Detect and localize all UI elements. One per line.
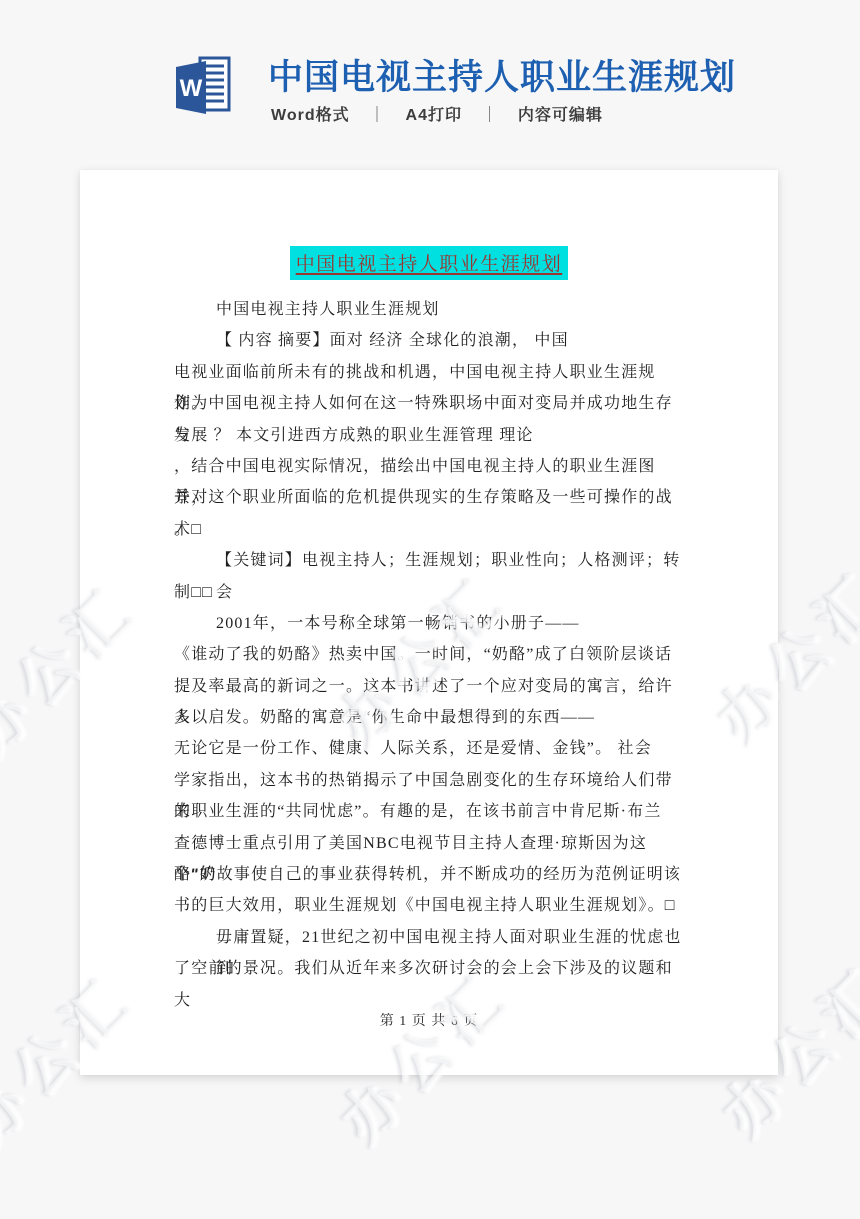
document-text-line: 无论它是一份工作、健康、人际关系，还是爱情、金钱”。 社会 — [174, 733, 688, 764]
document-text-line: 的职业生涯的“共同忧虑”。有趣的是，在该书前言中肯尼斯·布兰 — [174, 796, 688, 827]
badge-separator: ｜ — [481, 107, 498, 124]
badge-separator: ｜ — [369, 107, 386, 124]
document-text-line: 制□□ — [174, 577, 688, 608]
document-text-line: 2001年，一本号称全球第一畅销书的小册子—— — [174, 608, 688, 639]
document-text-line: 了空前的景况。我们从近年来多次研讨会的会上会下涉及的议题和大 — [174, 953, 688, 984]
document-text-line: 电视业面临前所未有的挑战和机遇，中国电视主持人职业生涯规划。 — [174, 357, 688, 388]
document-text-line: 作为中国电视主持人如何在这一特殊职场中面对变局并成功地生存与 — [174, 388, 688, 419]
document-text-line: 【 内容 摘要】面对 经济 全球化的浪潮， 中国 — [174, 325, 688, 356]
word-logo-icon: W — [169, 53, 236, 119]
document-text-line: 中国电视主持人职业生涯规划 — [174, 294, 688, 325]
document-title-row: 中国电视主持人职业生涯规划 — [80, 246, 778, 280]
page-number-footer: 第 1 页 共 6 页 — [80, 1010, 778, 1030]
document-highlighted-title: 中国电视主持人职业生涯规划 — [290, 246, 569, 280]
document-text-line: 学家指出，这本书的热销揭示了中国急剧变化的生存环境给人们带来 — [174, 765, 688, 796]
document-text-line: 《谁动了我的奶酪》热卖中国。一时间，“奶酪”成了白领阶层谈话 — [174, 639, 688, 670]
document-text-line: 提及率最高的新词之一。这本书讲述了一个应对变局的寓言，给许多 — [174, 671, 688, 702]
document-text-line: 查德博士重点引用了美国NBC电视节目主持人查理·琼斯因为这个“奶 — [174, 828, 688, 859]
document-page-preview: 中国电视主持人职业生涯规划 中国电视主持人职业生涯规划【 内容 摘要】面对 经济… — [80, 170, 778, 1075]
document-text-line: 书的巨大效用，职业生涯规划《中国电视主持人职业生涯规划》。□ — [174, 890, 688, 921]
document-text-line: 毋庸置疑，21世纪之初中国电视主持人面对职业生涯的忧虑也到 — [174, 922, 688, 953]
document-text-line: 发展 ？ 本文引进西方成熟的职业生涯管理 理论 — [174, 420, 688, 451]
document-text-line: 酪”的故事使自己的事业获得转机，并不断成功的经历为范例证明该 — [174, 859, 688, 890]
document-text-line: 【关键词】电视主持人；生涯规划；职业性向；人格测评；转会 — [174, 545, 688, 576]
page-title: 中国电视主持人职业生涯规划 — [268, 50, 736, 100]
template-preview-page: W 中国电视主持人职业生涯规划 Word格式 ｜ A4打印 ｜ 内容可编辑 中国… — [0, 0, 860, 1219]
document-text-line: 。□ — [174, 514, 688, 545]
badge-word-format: Word格式 — [271, 107, 350, 124]
document-text-line: ，结合中国电视实际情况，描绘出中国电视主持人的职业生涯图景， — [174, 451, 688, 482]
document-text-line: 并对这个职业所面临的危机提供现实的生存策略及一些可操作的战术 — [174, 482, 688, 513]
document-body-text: 中国电视主持人职业生涯规划【 内容 摘要】面对 经济 全球化的浪潮， 中国电视业… — [174, 294, 688, 985]
format-badges: Word格式 ｜ A4打印 ｜ 内容可编辑 — [271, 102, 603, 125]
word-logo-letter: W — [180, 75, 203, 102]
document-text-line: 人以启发。奶酪的寓意是“你生命中最想得到的东西—— — [174, 702, 688, 733]
badge-a4-print: A4打印 — [406, 107, 462, 124]
badge-editable: 内容可编辑 — [518, 107, 603, 124]
